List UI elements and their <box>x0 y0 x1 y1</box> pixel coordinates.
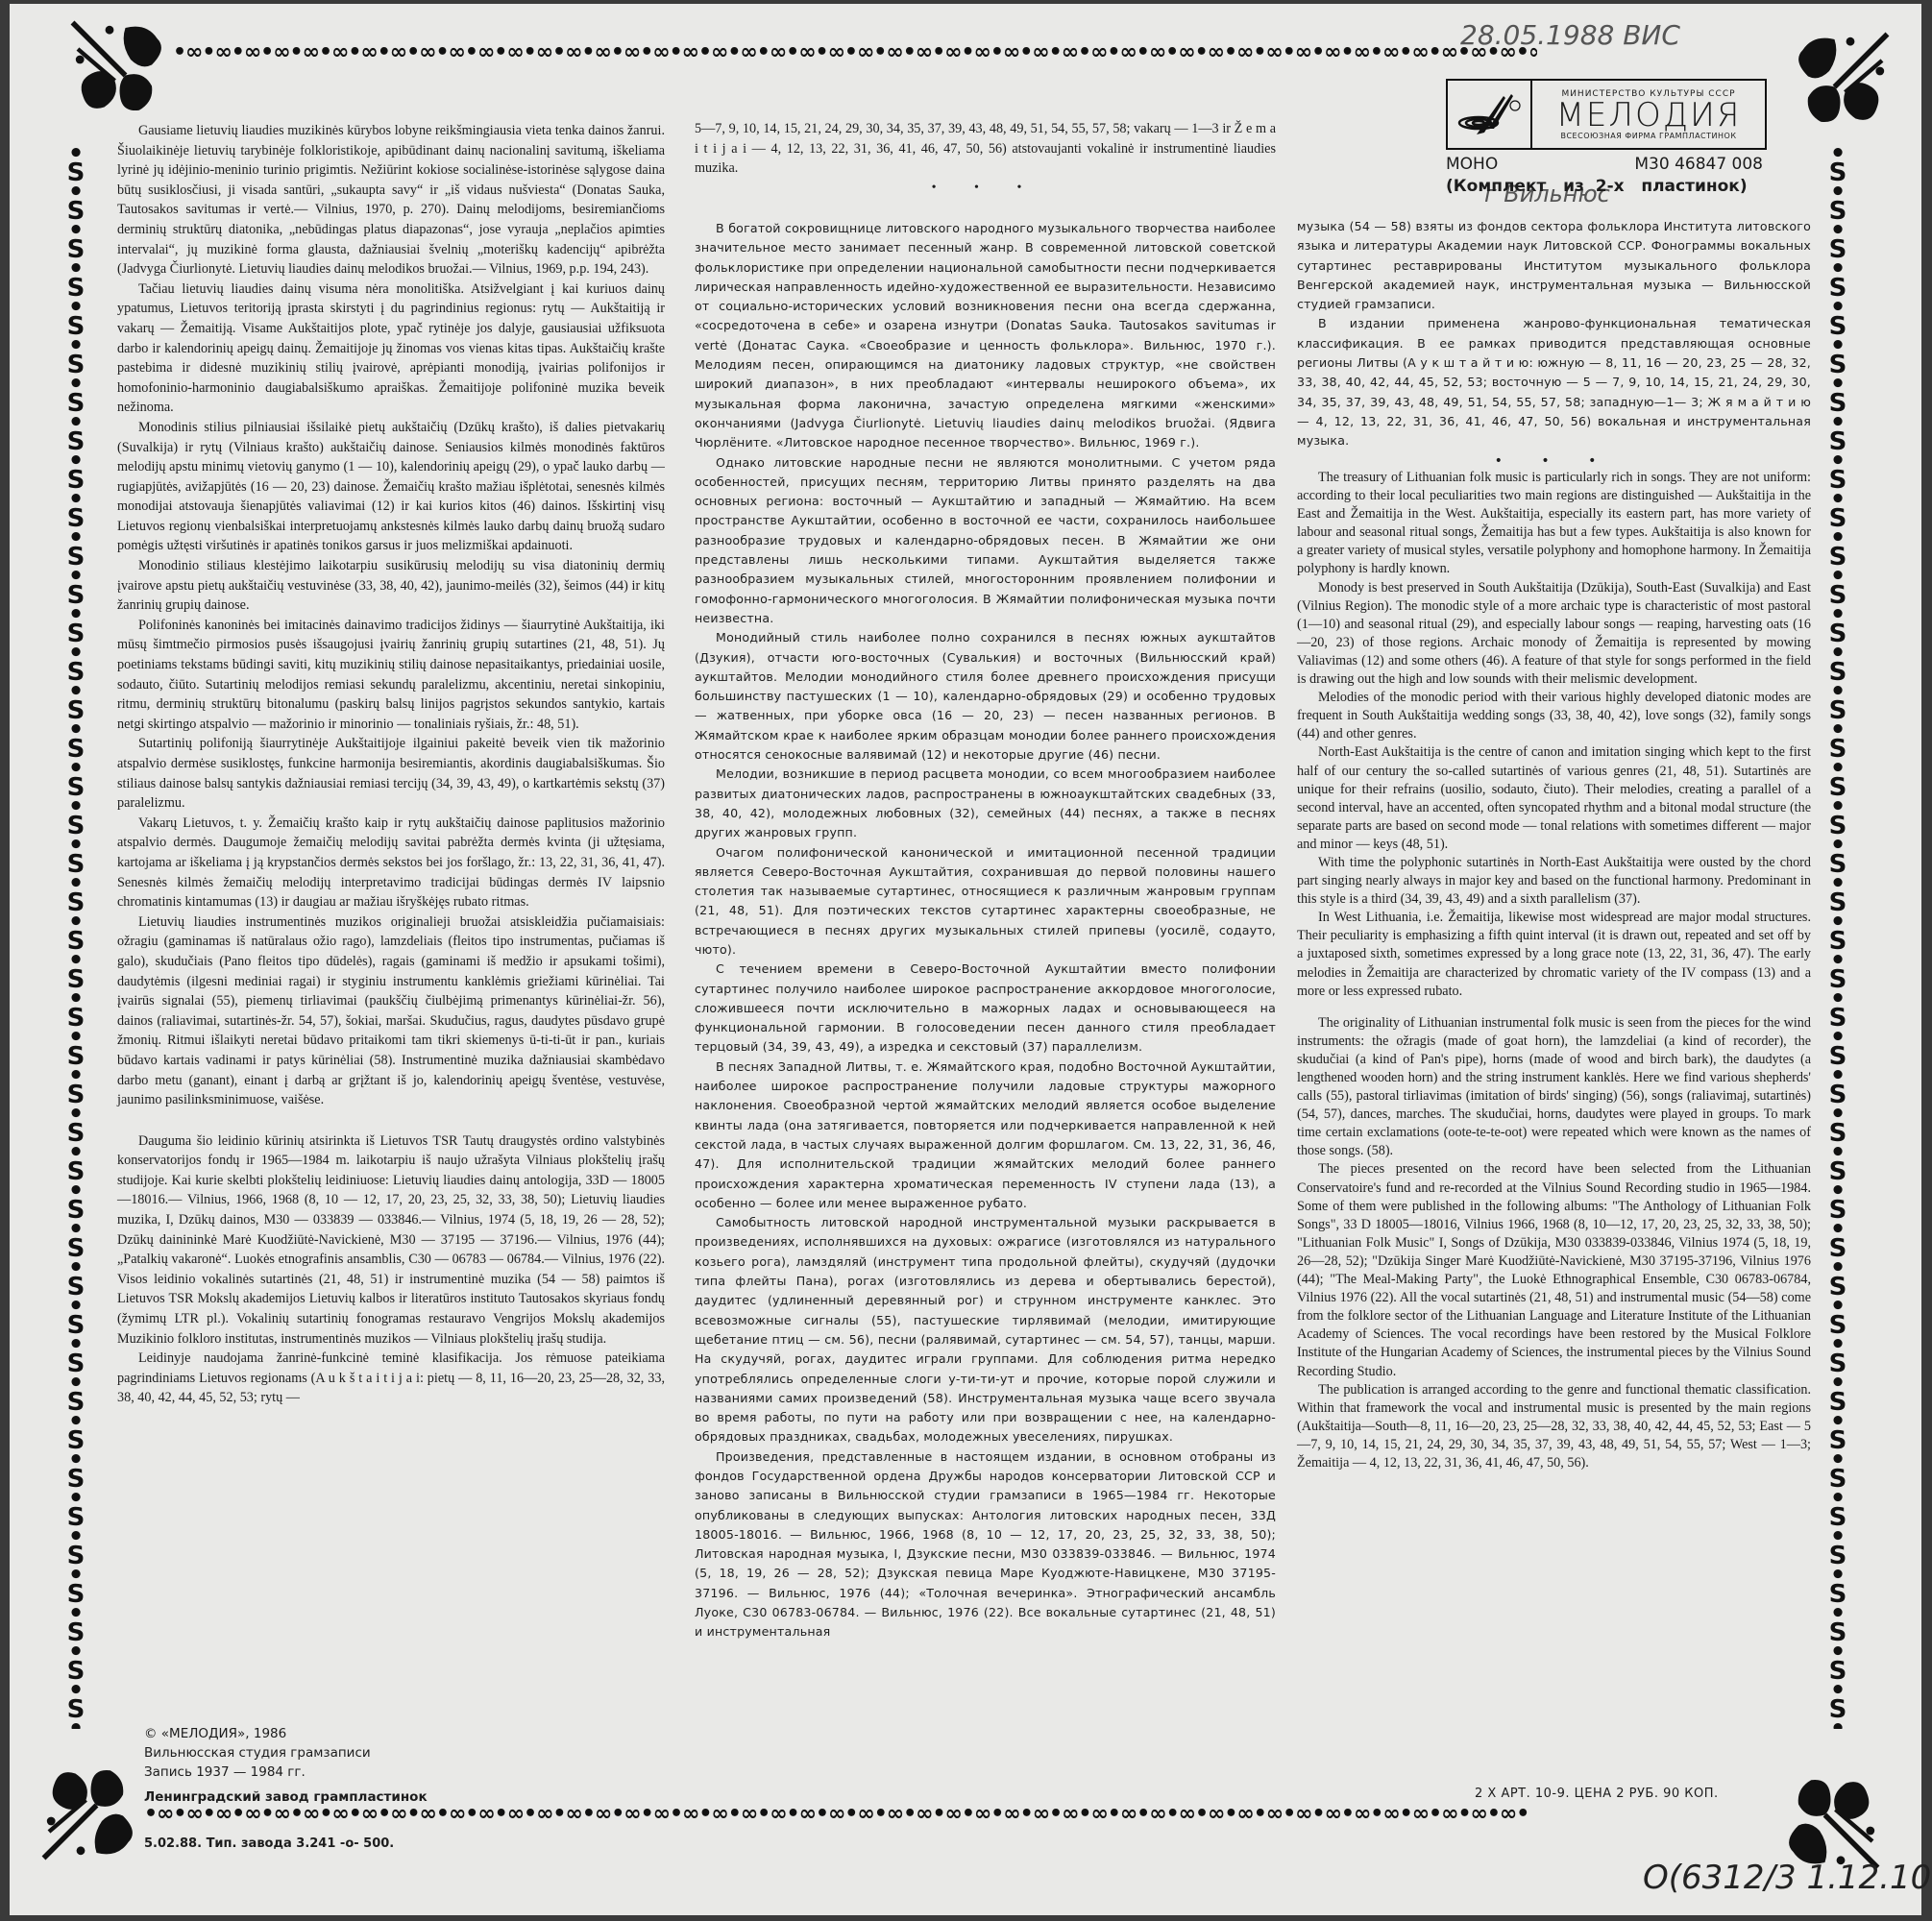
ru-paragraph: В богатой сокровищнице литовского народн… <box>695 219 1276 453</box>
mode-label: МОНО <box>1446 154 1498 176</box>
melodiya-logo: МИНИСТЕРСТВО КУЛЬТУРЫ СССР МЕЛОДИЯ ВСЕСО… <box>1446 79 1767 150</box>
lithuanian-continuation: 5—7, 9, 10, 14, 15, 21, 24, 29, 30, 34, … <box>695 119 1276 198</box>
en-paragraph: The pieces presented on the record have … <box>1297 1160 1811 1380</box>
recording-years: Запись 1937 — 1984 гг. <box>144 1763 428 1782</box>
bellflower-corner-icon <box>1777 1767 1883 1873</box>
english-text-column: The treasury of Lithuanian folk music is… <box>1297 469 1811 1472</box>
ru-paragraph: Произведения, представленные в настоящем… <box>695 1447 1276 1642</box>
brand-name: МЕЛОДИЯ <box>1556 99 1742 132</box>
lt-paragraph: Polifoninės kanoninės bei imitacinės dai… <box>117 616 665 735</box>
ru-continuation-paragraph: музыка (54 — 58) взяты из фондов сектора… <box>1297 217 1811 314</box>
ru-paragraph: Очагом полифонической канонической и ими… <box>695 843 1276 960</box>
bellflower-corner-icon <box>38 1758 144 1863</box>
melodiya-emblem-icon <box>1448 81 1532 148</box>
handwritten-date: 28.05.1988 ВИС <box>1460 19 1680 51</box>
en-paragraph: Monody is best preserved in South Aukšta… <box>1297 579 1811 690</box>
studio: Вильнюсская студия грамзаписи <box>144 1743 428 1763</box>
en-paragraph: The originality of Lithuanian instrument… <box>1297 1014 1811 1161</box>
ru-continuation-paragraph: В издании применена жанрово-функциональн… <box>1297 314 1811 450</box>
ru-paragraph: С течением времени в Северо-Восточной Ау… <box>695 960 1276 1057</box>
firm-label: ВСЕСОЮЗНАЯ ФИРМА ГРАМПЛАСТИНОК <box>1560 132 1736 140</box>
russian-continuation: музыка (54 — 58) взяты из фондов сектора… <box>1297 217 1811 471</box>
lt-paragraph: Leidinyje naudojama žanrinė-funkcinė tem… <box>117 1349 665 1408</box>
en-paragraph: The treasury of Lithuanian folk music is… <box>1297 469 1811 579</box>
ornament-border-top: •∞•∞•∞•∞•∞•∞•∞•∞•∞•∞•∞•∞•∞•∞•∞•∞•∞•∞•∞•∞… <box>173 44 1537 61</box>
bellflower-corner-icon <box>67 17 173 123</box>
en-paragraph: North-East Aukštaitija is the centre of … <box>1297 743 1811 854</box>
lt-paragraph: Lietuvių liaudies instrumentinės muzikos… <box>117 912 665 1110</box>
handwritten-inventory-number: O(6312/3 1.12.10 <box>1643 1859 1931 1897</box>
catalog-info: МОНО М30 46847 008 (Комплект из 2-х плас… <box>1446 154 1763 198</box>
ornament-border-right: •S•S•S•S•S•S•S•S•S•S•S•S•S•S•S•S•S•S•S•S… <box>1827 144 1848 1729</box>
lithuanian-text-column: Gausiame lietuvių liaudies muzikinės kūr… <box>117 121 665 1408</box>
lt-paragraph: Vakarų Lietuvos, t. y. Žemaičių krašto k… <box>117 814 665 912</box>
ru-paragraph: Однако литовские народные песни не являю… <box>695 453 1276 629</box>
section-separator: • • • <box>695 179 1276 199</box>
lt-continuation-paragraph: 5—7, 9, 10, 14, 15, 21, 24, 29, 30, 34, … <box>695 119 1276 179</box>
lt-paragraph: Gausiame lietuvių liaudies muzikinės kūr… <box>117 121 665 280</box>
lt-paragraph: Monodinis stilius pilniausiai išsilaikė … <box>117 418 665 556</box>
lt-paragraph: Tačiau lietuvių liaudies dainų visuma nė… <box>117 280 665 418</box>
section-separator: • • • <box>1297 451 1811 471</box>
en-paragraph: In West Lithuania, i.e. Žemaitija, likew… <box>1297 909 1811 1000</box>
print-info: 5.02.88. Тип. завода 3.241 -о- 500. <box>144 1836 394 1851</box>
ru-paragraph: Монодийный стиль наиболее полно сохранил… <box>695 628 1276 765</box>
ornament-border-left: •S•S•S•S•S•S•S•S•S•S•S•S•S•S•S•S•S•S•S•S… <box>65 144 86 1729</box>
lt-paragraph: Dauguma šio leidinio kūrinių atsirinkta … <box>117 1131 665 1350</box>
ornament-border-bottom: •∞•∞•∞•∞•∞•∞•∞•∞•∞•∞•∞•∞•∞•∞•∞•∞•∞•∞•∞•∞… <box>144 1806 1528 1823</box>
catalog-number: М30 46847 008 <box>1634 154 1763 176</box>
credits-block: © «МЕЛОДИЯ», 1986 Вильнюсская студия гра… <box>144 1724 428 1807</box>
set-note: (Комплект из 2-х пластинок) <box>1446 176 1763 198</box>
ru-paragraph: Мелодии, возникшие в период расцвета мон… <box>695 765 1276 842</box>
ru-paragraph: В песнях Западной Литвы, т. е. Жямайтско… <box>695 1058 1276 1213</box>
price-label: 2 Х АРТ. 10-9. ЦЕНА 2 РУБ. 90 КОП. <box>1475 1787 1719 1801</box>
pressing-plant: Ленинградский завод грампластинок <box>144 1787 428 1807</box>
en-paragraph: The publication is arranged according to… <box>1297 1381 1811 1472</box>
lt-paragraph: Monodinio stiliaus klestėjimo laikotarpi… <box>117 556 665 616</box>
copyright: © «МЕЛОДИЯ», 1986 <box>144 1724 428 1743</box>
lt-paragraph: Sutartinių polifoniją šiaurrytinėje Aukš… <box>117 734 665 813</box>
russian-text-column: В богатой сокровищнице литовского народн… <box>695 219 1276 1642</box>
bellflower-corner-icon <box>1787 29 1893 134</box>
en-paragraph: Melodies of the monodic period with thei… <box>1297 689 1811 743</box>
en-paragraph: With time the polyphonic sutartinės in N… <box>1297 854 1811 909</box>
ru-paragraph: Самобытность литовской народной инструме… <box>695 1213 1276 1447</box>
